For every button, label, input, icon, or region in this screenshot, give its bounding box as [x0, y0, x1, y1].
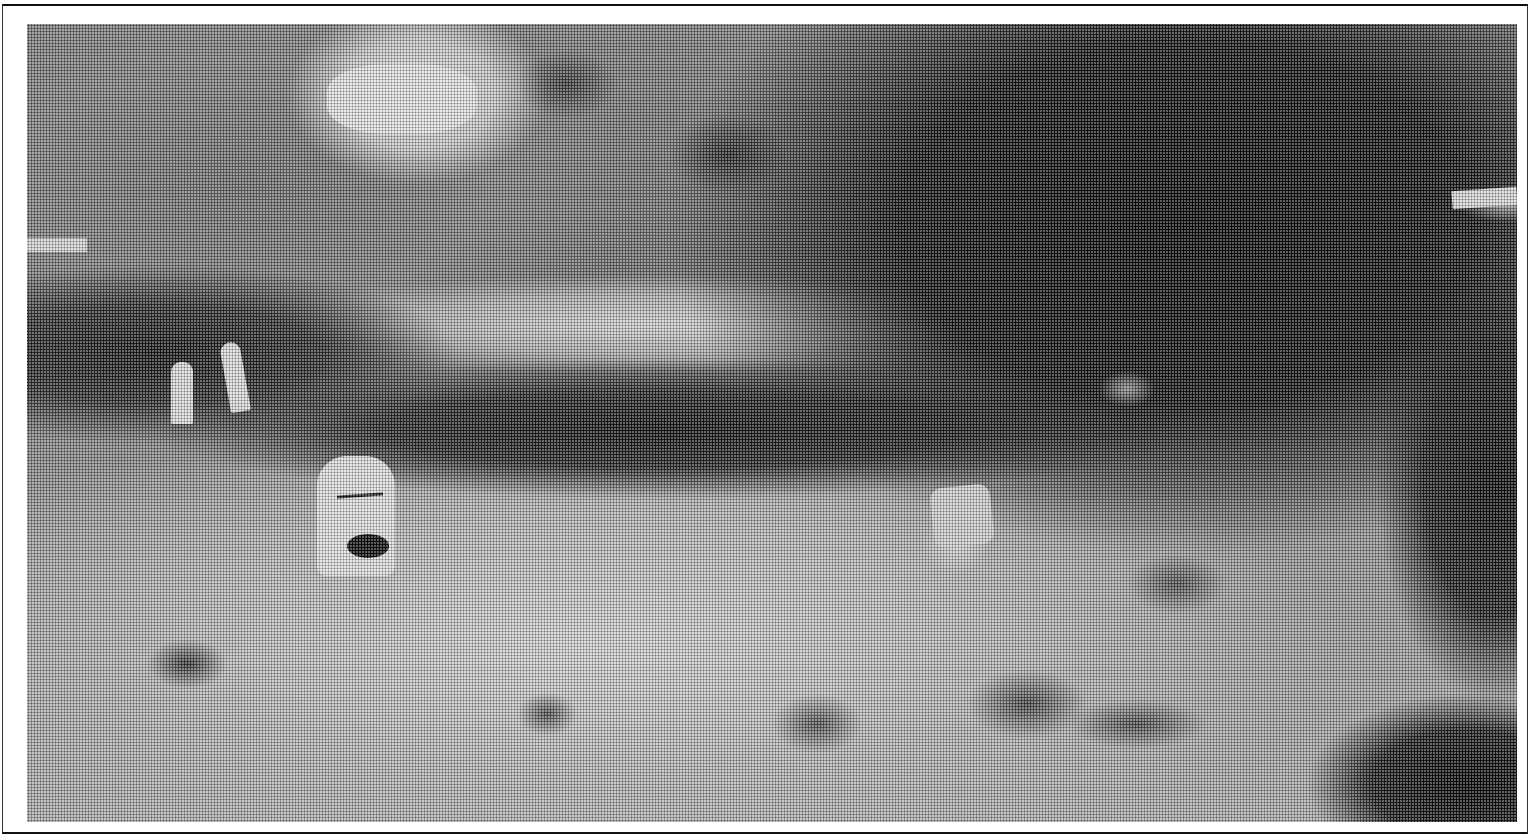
halftone-texture: [27, 24, 1517, 822]
cemetery-photograph: [27, 24, 1517, 822]
photo-frame: [2, 4, 1528, 834]
